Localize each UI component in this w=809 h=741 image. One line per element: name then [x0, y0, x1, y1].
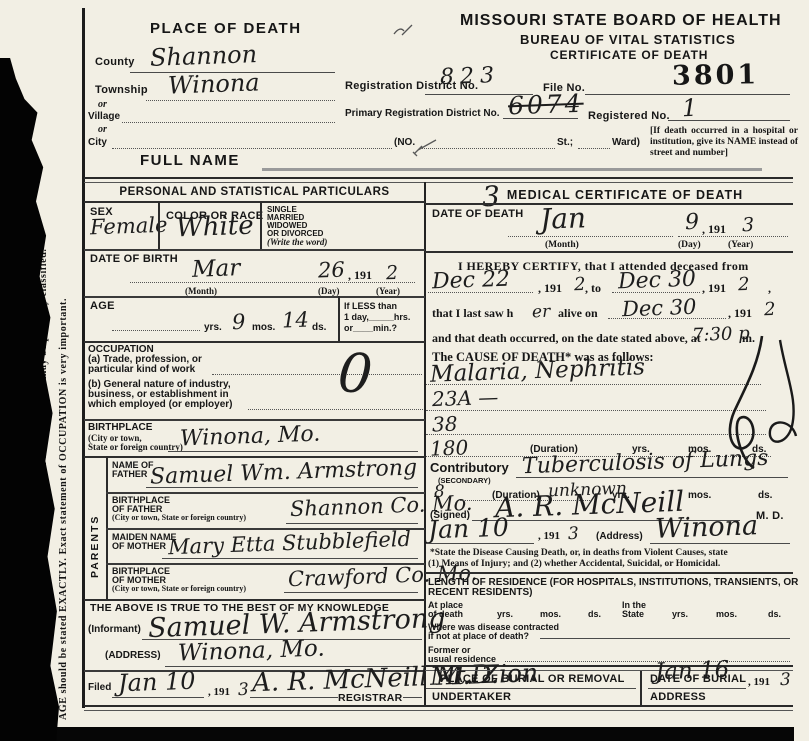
cause-code: 23A —: [432, 385, 499, 411]
father-name-value: Samuel Wm. Armstrong: [150, 455, 418, 489]
father-name-label: FATHER: [112, 469, 147, 479]
year-caption: (Year): [376, 286, 400, 296]
cause-footnote: *State the Disease Causing Death, or, in…: [430, 548, 728, 558]
father-birthplace-line: [286, 523, 418, 524]
rule: [84, 249, 425, 251]
color-race-value: White: [176, 211, 255, 244]
reg-district-value: 823: [440, 63, 501, 90]
dob-year-digit: 2: [386, 262, 399, 284]
physician-address-label: (Address): [596, 531, 643, 542]
dod-year-printed: , 191: [702, 222, 726, 237]
age-label: AGE: [90, 300, 115, 312]
contributory-code: 8: [434, 482, 446, 502]
father-birthplace-sub: (City or town, State or foreign country): [112, 513, 246, 522]
alive-on-label: alive on: [558, 306, 598, 321]
birthplace-value: Winona, Mo.: [180, 422, 321, 452]
rule: [425, 251, 793, 253]
filed-label: Filed: [88, 682, 111, 693]
contributory-line: [516, 477, 788, 478]
informant-address-value: Winona, Mo.: [178, 635, 326, 666]
occupation-handwritten-zero: 0: [336, 341, 375, 406]
md-label: M. D.: [756, 510, 784, 522]
dod-label: DATE OF DEATH: [432, 208, 524, 220]
burial-place-value: Mt. Zion: [430, 658, 539, 691]
day-caption: (Day): [318, 286, 340, 296]
margin-instruction-inner: AGE should be stated EXACTLY. Exact stat…: [58, 30, 69, 720]
physician-address-line: [650, 543, 790, 544]
death-certificate-scan: AGE should be stated EXACTLY. Exact stat…: [0, 0, 809, 741]
informant-label: (Informant): [88, 624, 141, 635]
age-ds-label: ds.: [312, 322, 326, 333]
cause-code: 38: [432, 412, 458, 437]
personal-section-title: PERSONAL AND STATISTICAL PARTICULARS: [84, 186, 425, 198]
at-place-label: of death: [428, 609, 463, 619]
township-label: Township: [95, 84, 148, 96]
city-line: [112, 148, 392, 149]
street-no-line: [420, 148, 555, 149]
filed-date-value: Jan 10: [118, 667, 196, 698]
rule: [84, 201, 425, 203]
month-caption: (Month): [185, 286, 217, 296]
burial-date-value: Jan 16: [655, 657, 730, 686]
state-ds-label: ds.: [768, 609, 781, 619]
mother-name-value: Mary Etta Stubblefield: [168, 527, 412, 559]
residence-title: RECENT RESIDENTS): [428, 587, 532, 598]
alive-year-digit: 2: [764, 299, 776, 320]
birthplace-line: [168, 451, 418, 452]
age-yrs-label: yrs.: [204, 322, 222, 333]
marital-write-word: (Write the word): [267, 237, 327, 247]
res-ds-label: ds.: [588, 609, 601, 619]
alive-year-printed: , 191: [728, 306, 752, 321]
if-less-line: 1 day,_____hrs.: [344, 312, 410, 322]
township-value: Winona: [168, 68, 261, 99]
primary-reg-label: Primary Registration District No.: [345, 108, 499, 119]
undertaker-address-label: ADDRESS: [650, 691, 706, 703]
filed-year-printed: , 191: [208, 686, 230, 698]
mother-name-label: OF MOTHER: [112, 541, 166, 551]
or-label-1: or: [98, 99, 107, 110]
burial-cell-divider: [640, 671, 642, 705]
primary-reg-line: [503, 118, 578, 119]
medical-section-title: MEDICAL CERTIFICATE OF DEATH: [455, 188, 795, 202]
dod-month-line: [508, 236, 673, 237]
village-line: [122, 122, 335, 123]
burial-date-line: [648, 688, 746, 689]
city-label: City: [88, 137, 107, 148]
scan-artifact-bar: [34, 727, 794, 741]
filed-year-digit: 3: [238, 680, 250, 700]
former-residence-line: [505, 661, 790, 662]
ward-label: Ward): [612, 137, 640, 148]
county-label: County: [95, 56, 135, 68]
dob-label: DATE OF BIRTH: [90, 253, 178, 265]
last-saw-prefix: that I last saw h: [432, 306, 513, 321]
place-of-death-title: PLACE OF DEATH: [150, 20, 302, 37]
alive-date: Dec 30: [622, 295, 697, 322]
from-line: [428, 292, 533, 293]
cause-footnote: (1) Means of Injury; and (2) whether Acc…: [428, 559, 720, 569]
birthplace-label: BIRTHPLACE: [88, 422, 152, 433]
state-yrs-label: yrs.: [672, 609, 688, 619]
registered-no-line: [668, 120, 790, 121]
dod-month-value: Jan: [539, 201, 586, 236]
parents-label: PARENTS: [89, 478, 101, 578]
undertaker-label: UNDERTAKER: [432, 691, 511, 703]
form-left-border: [82, 8, 85, 708]
year-caption: (Year): [728, 240, 753, 250]
full-name-line: [262, 168, 762, 171]
rule: [84, 419, 425, 421]
mother-name-line: [162, 558, 418, 559]
ward-line: [578, 148, 610, 149]
burial-place-line: [426, 688, 636, 689]
father-name-line: [146, 487, 418, 488]
month-caption: (Month): [545, 240, 579, 250]
pencil-mark: [392, 22, 414, 38]
header-separator: [84, 177, 793, 183]
contributory-label: Contributory: [430, 460, 509, 475]
rule: [425, 203, 793, 205]
contracted-label: if not at place of death?: [428, 631, 529, 641]
cell-divider: [338, 296, 340, 341]
county-value: Shannon: [150, 40, 258, 72]
bureau-title: BUREAU OF VITAL STATISTICS: [520, 32, 736, 47]
occupation-a-value-line: [212, 374, 422, 375]
form-bottom-border: [84, 705, 793, 711]
dob-line: [130, 282, 415, 283]
rule: [84, 599, 425, 601]
secondary-label: (SECONDARY): [438, 476, 491, 485]
if-less-line: If LESS than: [344, 301, 397, 311]
signed-date-value: Jan 10: [428, 513, 510, 545]
board-title: MISSOURI STATE BOARD OF HEALTH: [460, 12, 782, 30]
dob-year-printed: , 191: [348, 268, 372, 283]
occupation-a-line: particular kind of work: [88, 364, 195, 375]
signed-date-line: [426, 543, 534, 544]
to-year-digit: 2: [738, 274, 750, 295]
full-name-label: FULL NAME: [140, 152, 240, 169]
contributory-mos-label: mos.: [688, 490, 711, 501]
file-no-value: 3801: [672, 59, 760, 92]
from-year-printed: , 191: [538, 281, 562, 296]
res-mos-label: mos.: [540, 609, 561, 619]
registered-no-value: 1: [682, 94, 698, 123]
hospital-note: [If death occurred in a hospital or inst…: [650, 126, 798, 159]
primary-reg-value: 6074: [508, 89, 585, 121]
dod-day-value: 9: [685, 210, 700, 235]
township-line: [146, 100, 335, 101]
sex-value: Female: [90, 213, 168, 240]
mother-birthplace-sub: (City or town, State or foreign country): [112, 584, 246, 593]
registered-no-label: Registered No.: [588, 110, 670, 122]
rule: [84, 296, 425, 298]
signed-year-digit: 3: [568, 524, 580, 544]
signed-year-printed: , 191: [538, 530, 560, 542]
filed-date-line: [112, 697, 204, 698]
st-label: St.;: [557, 137, 573, 148]
contracted-line: [540, 638, 790, 639]
dod-day-year-line: [678, 236, 788, 237]
or-label-2: or: [98, 124, 107, 135]
cell-divider: [260, 202, 262, 249]
occurred-prefix: and that death occurred, on the date sta…: [432, 331, 701, 346]
physician-address-value: Winona: [654, 510, 758, 545]
street-no-label: (NO.: [394, 137, 415, 148]
if-less-line: or____min.?: [344, 323, 397, 333]
day-caption: (Day): [678, 240, 701, 250]
occupation-b-line: which employed (or employer): [88, 399, 232, 410]
attended-from-date: Dec 22: [432, 267, 511, 295]
occupation-b-value-line: [248, 409, 423, 410]
burial-year-printed: , 191: [748, 676, 770, 688]
registrar-label: REGISTRAR: [338, 692, 403, 704]
dob-month-value: Mar: [192, 255, 241, 283]
village-label: Village: [88, 111, 120, 122]
dod-year-digit: 3: [742, 214, 755, 236]
in-state-label: State: [622, 609, 644, 619]
mother-birthplace-line: [284, 592, 418, 593]
rule: [425, 572, 793, 574]
age-yrs-line: [112, 330, 200, 331]
comma: ,: [768, 281, 771, 296]
her-handwritten: er: [532, 302, 551, 323]
dob-day-value: 26: [318, 258, 346, 283]
to-label: , to: [585, 281, 601, 296]
contributory-ds-label: ds.: [758, 490, 772, 501]
from-year-digit: 2: [574, 274, 586, 295]
age-mos-value: 9: [232, 310, 246, 334]
informant-address-label: (ADDRESS): [105, 650, 161, 661]
age-mos-label: mos.: [252, 322, 275, 333]
to-year-printed: , 191: [702, 281, 726, 296]
burial-year-digit: 3: [780, 670, 792, 690]
cell-divider: [158, 202, 160, 249]
res-yrs-label: yrs.: [497, 609, 513, 619]
attended-to-date: Dec 30: [618, 267, 697, 295]
age-days-value: 14: [282, 308, 310, 333]
state-mos-label: mos.: [716, 609, 737, 619]
